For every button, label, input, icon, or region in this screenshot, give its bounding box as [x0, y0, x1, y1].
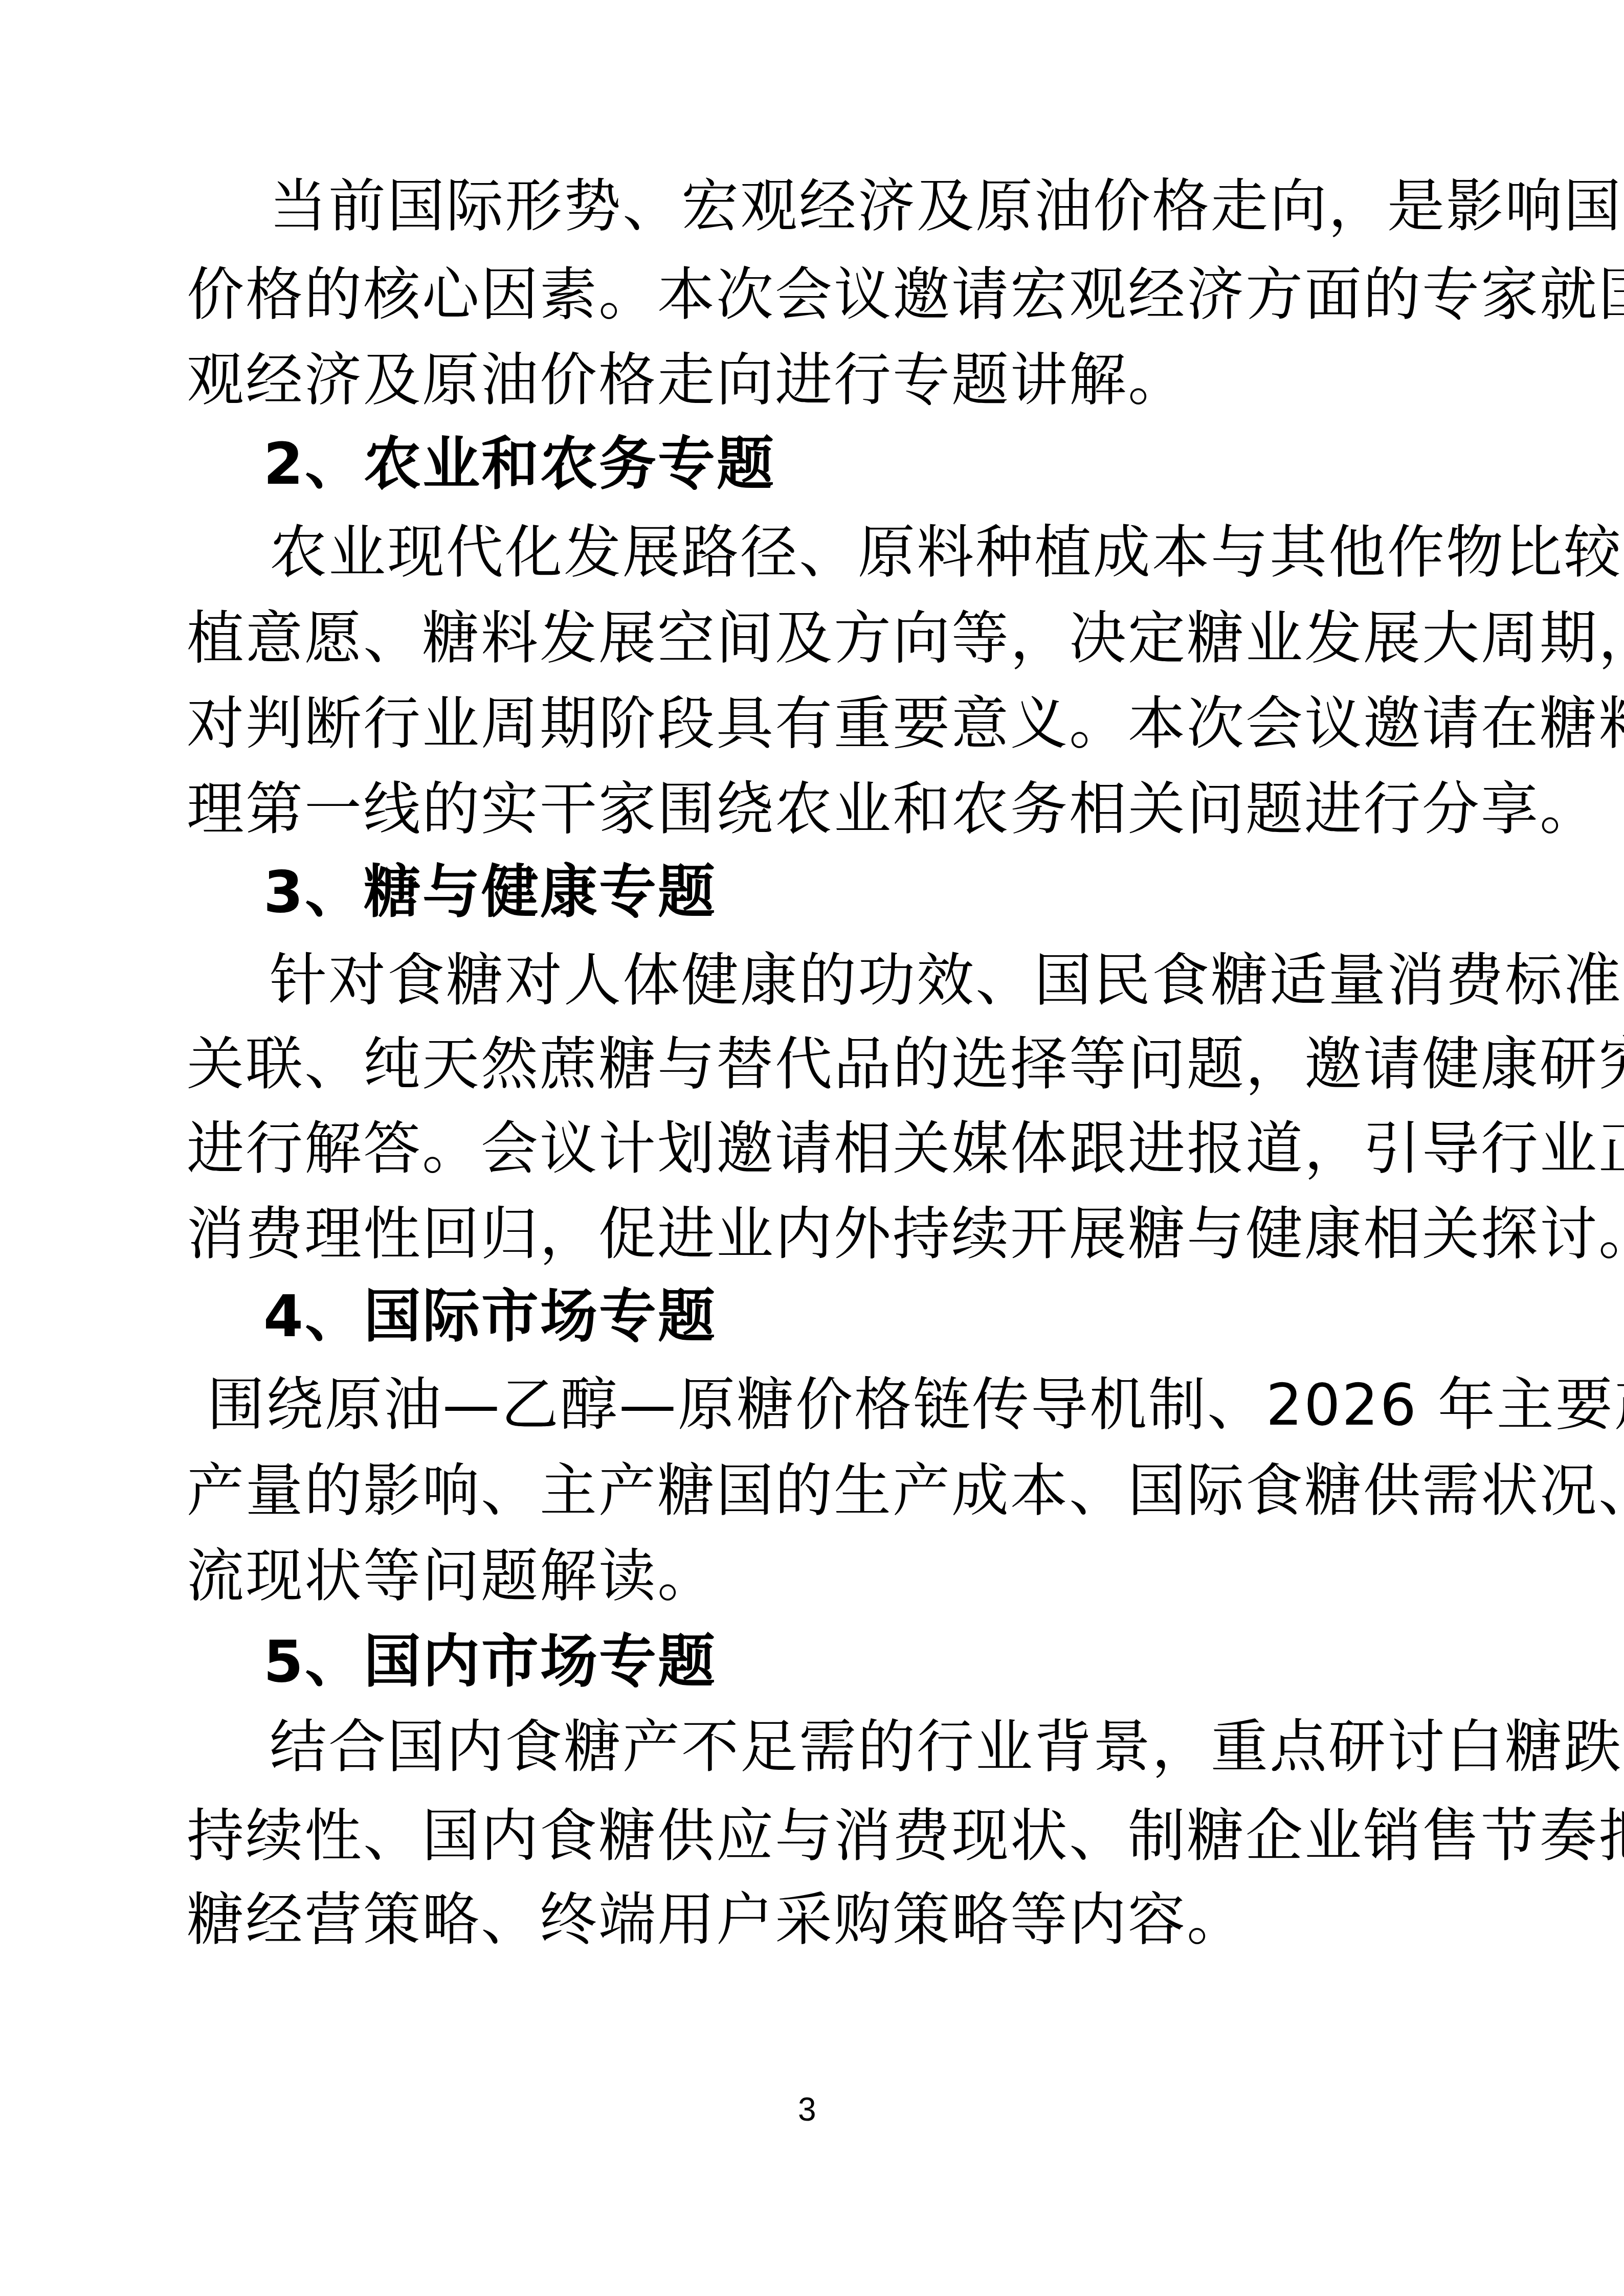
section-heading: 2、农业和农务专题: [263, 431, 775, 498]
paragraph-line: 糖经营策略、终端用户采购策略等内容。: [187, 1887, 1245, 1953]
paragraph-line: 结合国内食糖产不足需的行业背景，重点研讨白糖跌破成本价的可: [270, 1714, 1624, 1781]
paragraph-line: 当前国际形势、宏观经济及原油价格走向，是影响国际、国内食糖: [270, 173, 1624, 240]
paragraph-line: 流现状等问题解读。: [187, 1543, 716, 1610]
paragraph-line: 对判断行业周期阶段具有重要意义。本次会议邀请在糖料生产和农务管: [187, 691, 1624, 757]
paragraph-line: 关联、纯天然蔗糖与替代品的选择等问题，邀请健康研究院的医学博士: [187, 1031, 1624, 1098]
paragraph-line: 围绕原油—乙醇—原糖价格链传导机制、2026 年主要产糖国气候对: [207, 1372, 1624, 1438]
section-heading: 4、国际市场专题: [263, 1284, 717, 1350]
paragraph-line: 价格的核心因素。本次会议邀请宏观经济方面的专家就国内外形势、宏: [187, 262, 1624, 328]
paragraph-line: 植意愿、糖料发展空间及方向等，决定糖业发展大周期，掌握相关情况: [187, 605, 1624, 672]
paragraph-line: 消费理性回归，促进业内外持续开展糖与健康相关探讨。: [187, 1201, 1624, 1268]
paragraph-line: 农业现代化发展路径、原料种植成本与其他作物比较效益、农民种: [270, 520, 1624, 586]
paragraph-line: 理第一线的实干家围绕农业和农务相关问题进行分享。: [187, 776, 1598, 843]
section-heading: 3、糖与健康专题: [263, 859, 717, 926]
paragraph-line: 观经济及原油价格走向进行专题讲解。: [187, 347, 1187, 414]
paragraph-line: 进行解答。会议计划邀请相关媒体跟进报道，引导行业正本清源，推动: [187, 1116, 1624, 1182]
paragraph-line: 针对食糖对人体健康的功效、国民食糖适量消费标准、糖与疾病的: [270, 948, 1624, 1014]
section-heading: 5、国内市场专题: [263, 1629, 717, 1695]
paragraph-line: 持续性、国内食糖供应与消费现状、制糖企业销售节奏把控、贸易商食: [187, 1803, 1624, 1870]
paragraph-line: 产量的影响、主产糖国的生产成本、国际食糖供需状况、国际原糖贸易: [187, 1458, 1624, 1524]
page-number: 3: [798, 2091, 816, 2127]
